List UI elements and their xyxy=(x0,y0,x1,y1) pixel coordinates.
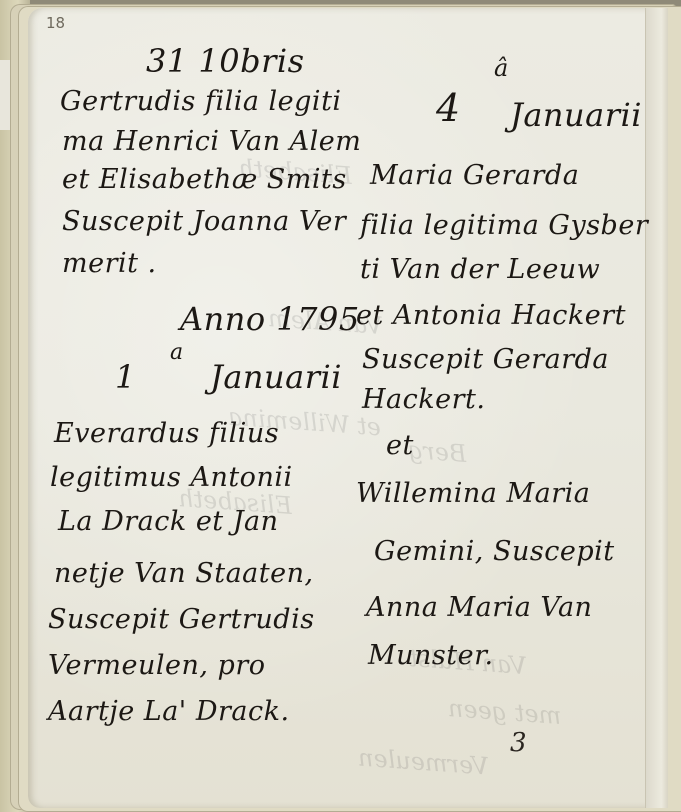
year-heading: Anno 1795 xyxy=(180,300,360,338)
entry-line: Anna Maria Van xyxy=(366,592,592,623)
entry-date: 31 10bris xyxy=(146,42,305,80)
entry-line: Willemina Maria xyxy=(356,478,590,509)
bottom-folio-marker: 3 xyxy=(510,728,527,758)
entry-connector: et xyxy=(386,430,414,461)
entry-line: Aartje La' Drack. xyxy=(48,696,290,727)
page-gutter xyxy=(645,8,668,808)
entry-date-day: 1 xyxy=(115,358,136,396)
page-number: 18 xyxy=(46,14,65,32)
entry-line: La Drack et Jan xyxy=(58,506,279,537)
entry-line: Suscepit Joanna Ver xyxy=(62,206,346,237)
bleed-through-text: Vermeulen xyxy=(357,743,489,780)
entry-line: Suscepit Gertrudis xyxy=(48,604,315,635)
entry-line: ma Henrici Van Alem xyxy=(62,126,361,157)
entry-line: Gertrudis filia legiti xyxy=(60,86,342,117)
entry-line: netje Van Staaten, xyxy=(54,558,314,589)
entry-date-month: Januarii xyxy=(510,96,642,134)
entry-date-superscript: â xyxy=(494,54,509,82)
entry-line: Maria Gerarda xyxy=(370,160,579,191)
bleed-through-text: Berg xyxy=(407,436,467,468)
entry-line: merit . xyxy=(62,248,157,279)
entry-line: legitimus Antonii xyxy=(50,462,293,493)
entry-date-day: 4 xyxy=(436,86,461,130)
entry-line: et Antonia Hackert xyxy=(356,300,626,331)
entry-date-superscript: a xyxy=(170,340,184,365)
entry-line: ti Van der Leeuw xyxy=(360,254,600,285)
entry-line: filia legitima Gysber xyxy=(360,210,648,241)
entry-line: Gemini, Suscepit xyxy=(374,536,615,567)
entry-line: Hackert. xyxy=(362,384,485,415)
entry-line: Vermeulen, pro xyxy=(48,650,266,681)
entry-line: Munster. xyxy=(368,640,494,671)
bleed-through-text: met geen xyxy=(447,694,562,730)
entry-line: et Elisabethæ Smits xyxy=(62,164,347,195)
entry-line: Suscepit Gerarda xyxy=(362,344,609,375)
entry-date-month: Januarii xyxy=(210,358,342,396)
entry-line: Everardus filius xyxy=(54,418,279,449)
